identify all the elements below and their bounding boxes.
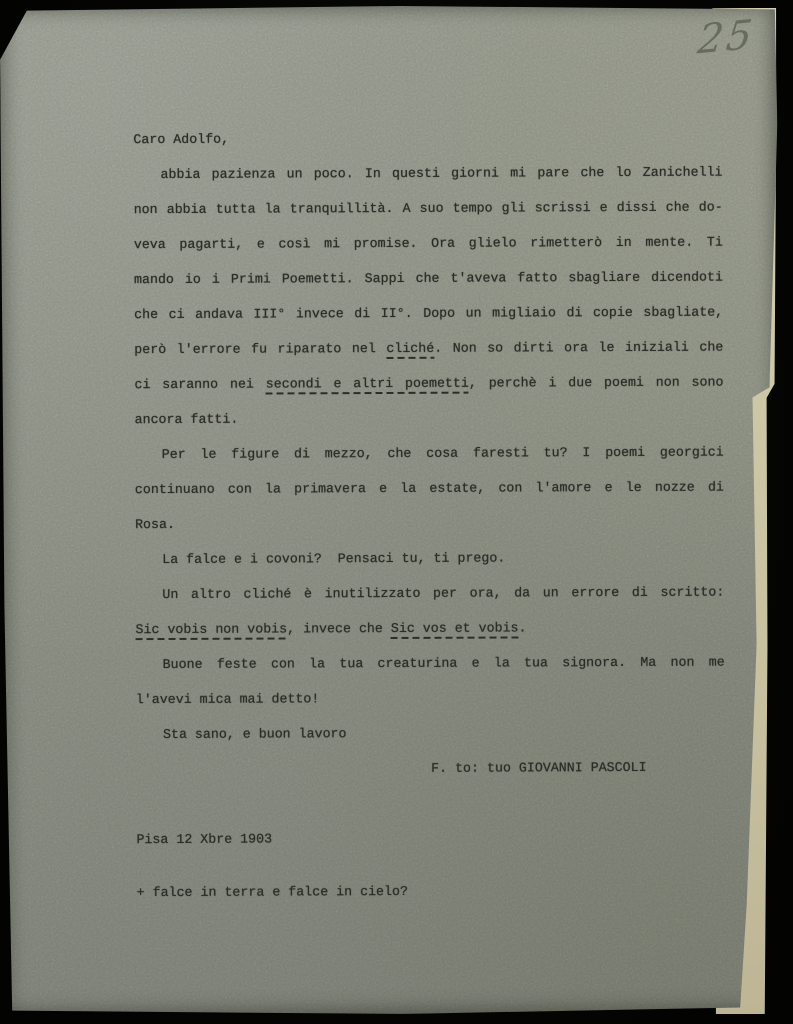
letter-page: 25 Caro Adolfo,abbia pazienza un poco. I…	[0, 4, 783, 1017]
text-segment: ci saranno nei	[134, 377, 265, 393]
text-segment: Rosa.	[135, 517, 175, 532]
letter-line: La falce e i covoni? Pensaci tu, ti preg…	[135, 540, 724, 578]
letter-line: Per le figure di mezzo, che cosa faresti…	[135, 435, 724, 473]
letter-line: Rosa.	[135, 505, 724, 543]
text-segment: non abbia tutta la tranquillità. A suo t…	[134, 200, 723, 218]
letter-line: Pisa 12 Xbre 1903	[136, 820, 725, 858]
underlined-phrase: secondi e altri poemetti	[266, 376, 469, 395]
letter-line: mando io i Primi Poemetti. Sappi che t'a…	[134, 260, 723, 298]
letter-line: l'avevi mica mai detto!	[136, 680, 725, 718]
underlined-phrase: cliché	[386, 341, 434, 359]
underlined-phrase: Sic vos et vobis	[391, 620, 519, 639]
letter-line: però l'errore fu riparato nel cliché. No…	[134, 330, 723, 368]
text-segment: Per le figure di mezzo, che cosa faresti…	[162, 445, 724, 462]
text-segment: Un altro cliché è inutilizzato per ora, …	[162, 585, 724, 602]
letter-line: F. to: tuo GIOVANNI PASCOLI	[431, 750, 725, 786]
letter-line: continuano con la primavera e la estate,…	[135, 470, 724, 508]
text-segment: Caro Adolfo,	[133, 132, 229, 147]
underlined-phrase: Sic vobis non vobis	[135, 621, 287, 640]
text-segment: . Non so dirti ora le iniziali che	[434, 340, 723, 356]
text-segment: + falce in terra e falce in cielo?	[137, 883, 408, 899]
letter-line: che ci andava III° invece di II°. Dopo u…	[134, 295, 723, 333]
text-segment: Buone feste con la tua creaturina e la t…	[163, 655, 725, 672]
text-segment: , invece che	[287, 621, 391, 636]
letter-line: Sta sano, e buon lavoro	[136, 715, 725, 753]
text-segment: però l'errore fu riparato nel	[134, 341, 386, 357]
text-segment: Sta sano, e buon lavoro	[163, 726, 347, 742]
text-segment: , perchè i due poemi non sono	[469, 375, 724, 391]
text-segment: l'avevi mica mai detto!	[136, 691, 320, 707]
text-segment: La falce e i covoni? Pensaci tu, ti preg…	[162, 551, 505, 567]
handwritten-page-number: 25	[695, 12, 757, 64]
text-segment: veva pagarti, e così mi promise. Ora gli…	[134, 235, 723, 253]
letter-line: abbia pazienza un poco. In questi giorni…	[133, 155, 722, 193]
letter-line: + falce in terra e falce in cielo?	[137, 872, 726, 910]
letter-line: Un altro cliché è inutilizzato per ora, …	[135, 575, 724, 613]
letter-line: ci saranno nei secondi e altri poemetti,…	[134, 365, 723, 403]
text-segment: continuano con la primavera e la estate,…	[135, 480, 724, 498]
letter-body: Caro Adolfo,abbia pazienza un poco. In q…	[133, 120, 725, 910]
text-segment: che ci andava III° invece di II°. Dopo u…	[134, 305, 723, 323]
text-segment: Pisa 12 Xbre 1903	[136, 832, 272, 848]
letter-line: Sic vobis non vobis, invece che Sic vos …	[135, 610, 724, 648]
letter-line: ancora fatti.	[135, 400, 724, 438]
letter-line: veva pagarti, e così mi promise. Ora gli…	[134, 225, 723, 263]
text-segment: .	[518, 620, 526, 635]
letter-line: Buone feste con la tua creaturina e la t…	[136, 645, 725, 683]
letter-line: Caro Adolfo,	[133, 120, 722, 158]
text-segment: mando io i Primi Poemetti. Sappi che t'a…	[134, 270, 723, 288]
text-segment: abbia pazienza un poco. In questi giorni…	[160, 165, 722, 182]
text-segment: F. to: tuo GIOVANNI PASCOLI	[431, 760, 647, 776]
scan-background: 25 Caro Adolfo,abbia pazienza un poco. I…	[0, 0, 793, 1024]
letter-line: non abbia tutta la tranquillità. A suo t…	[134, 190, 723, 228]
text-segment: ancora fatti.	[135, 412, 239, 427]
